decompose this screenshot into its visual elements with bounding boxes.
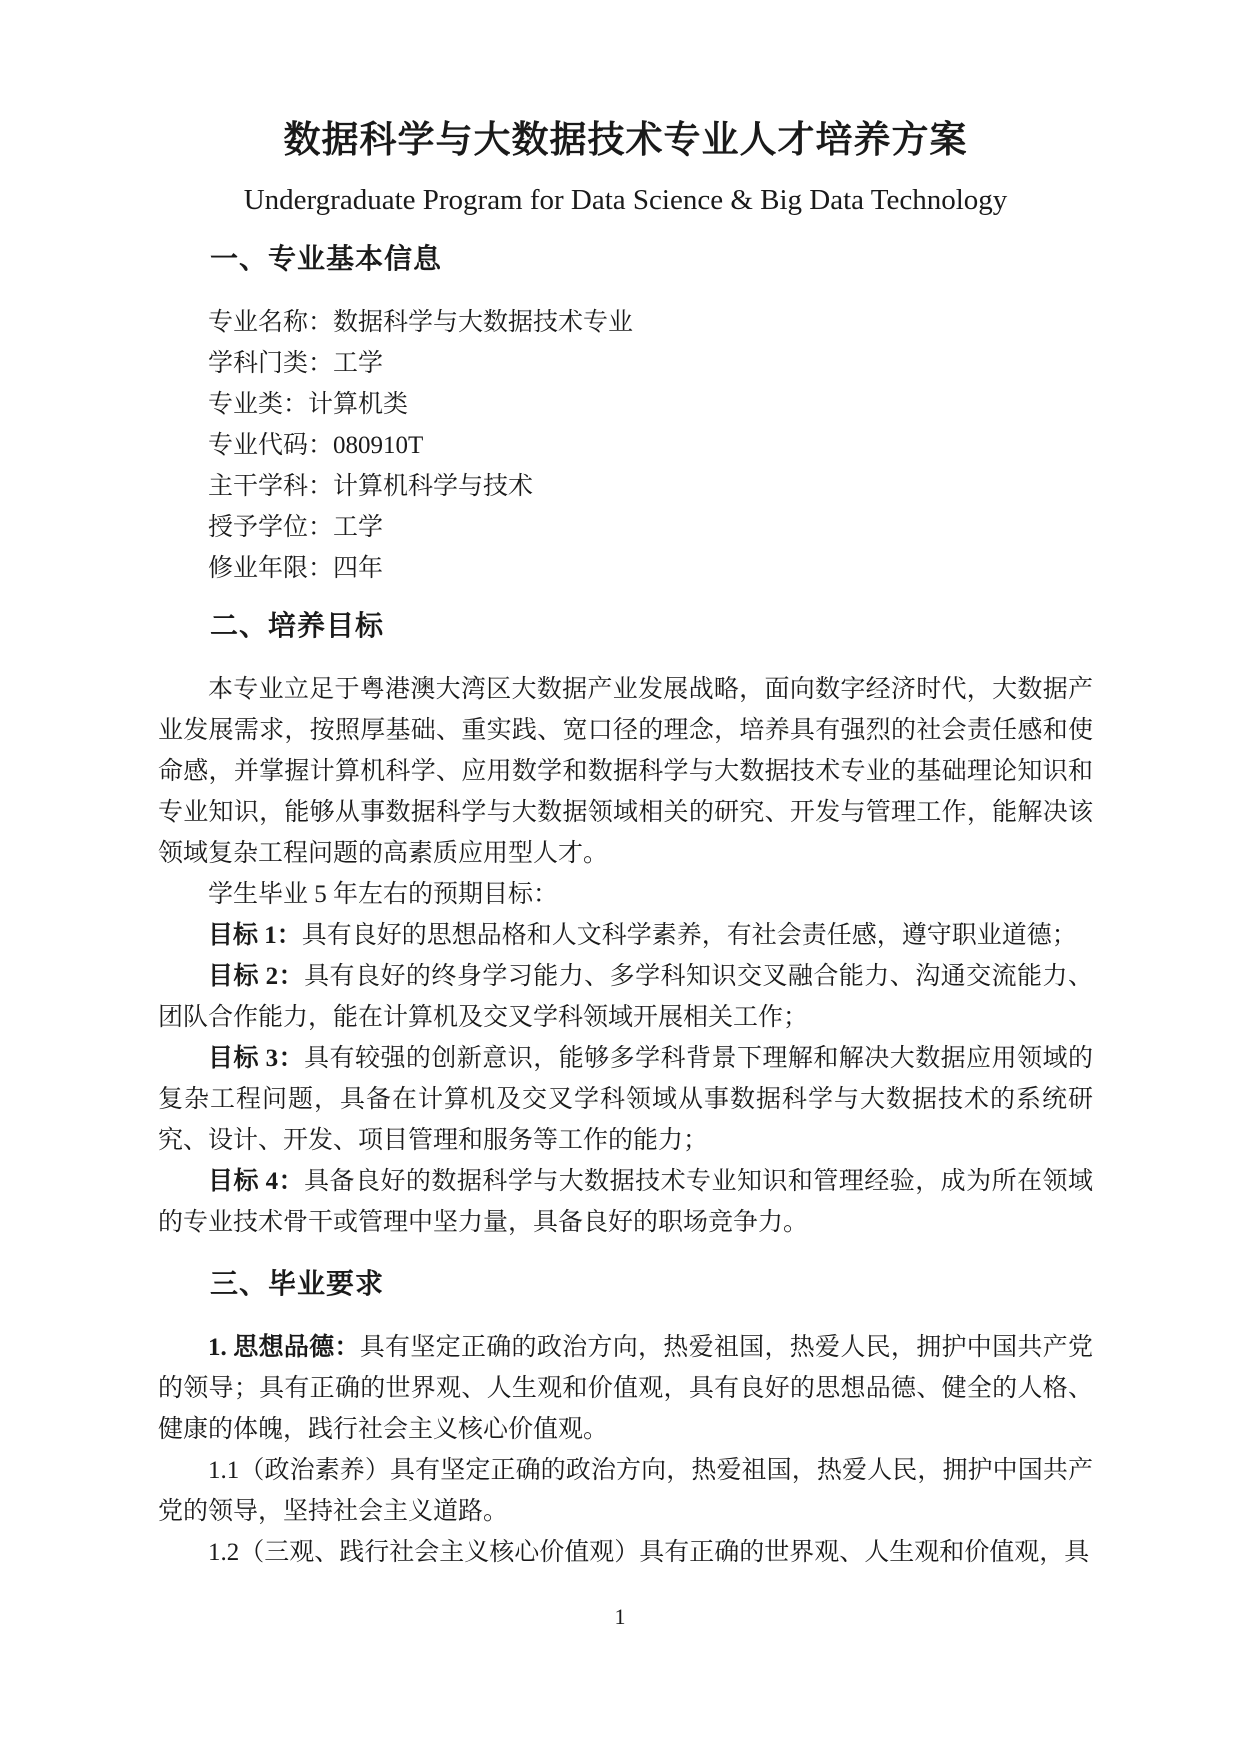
info-field-discipline-category: 学科门类：工学	[158, 343, 1093, 384]
info-field-label: 授予学位：	[208, 514, 333, 541]
info-field-value: 计算机科学与技术	[333, 473, 533, 500]
goal-label: 目标 3：	[208, 1045, 304, 1072]
info-field-label: 学科门类：	[208, 350, 333, 377]
info-field-value: 计算机类	[308, 391, 408, 418]
goal-item-4: 目标 4：具备良好的数据科学与大数据技术专业知识和管理经验，成为所在领域的专业技…	[158, 1161, 1093, 1243]
goal-label: 目标 2：	[208, 963, 304, 990]
document-subtitle: Undergraduate Program for Data Science &…	[158, 178, 1093, 222]
info-field-label: 专业代码：	[208, 432, 333, 459]
info-field-value: 工学	[333, 514, 383, 541]
objectives-intro-paragraph: 本专业立足于粤港澳大湾区大数据产业发展战略，面向数字经济时代，大数据产业发展需求…	[158, 669, 1093, 874]
goal-label: 目标 1：	[208, 922, 302, 949]
info-field-value: 工学	[333, 350, 383, 377]
section-heading-objectives: 二、培养目标	[158, 605, 1093, 646]
section-heading-basic-info: 一、专业基本信息	[158, 238, 1093, 279]
objectives-expectation-line: 学生毕业 5 年左右的预期目标：	[158, 874, 1093, 915]
requirement-item-1: 1. 思想品德：具有坚定正确的政治方向，热爱祖国，热爱人民，拥护中国共产党的领导…	[158, 1327, 1093, 1450]
info-field-value: 080910T	[333, 432, 423, 459]
info-field-value: 数据科学与大数据技术专业	[333, 309, 633, 336]
info-field-major-code: 专业代码：080910T	[158, 425, 1093, 466]
document-page: 数据科学与大数据技术专业人才培养方案 Undergraduate Program…	[0, 0, 1240, 1753]
requirement-item-1-2: 1.2（三观、践行社会主义核心价值观）具有正确的世界观、人生观和价值观，具	[158, 1532, 1093, 1573]
info-field-label: 修业年限：	[208, 555, 333, 582]
goal-text: 具有良好的思想品格和人文科学素养，有社会责任感，遵守职业道德；	[302, 922, 1077, 949]
info-field-core-discipline: 主干学科：计算机科学与技术	[158, 466, 1093, 507]
requirement-label: 1. 思想品德：	[208, 1334, 360, 1361]
goal-item-3: 目标 3：具有较强的创新意识，能够多学科背景下理解和解决大数据应用领域的复杂工程…	[158, 1038, 1093, 1161]
page-number: 1	[0, 1600, 1240, 1634]
goal-item-2: 目标 2：具有良好的终身学习能力、多学科知识交叉融合能力、沟通交流能力、团队合作…	[158, 956, 1093, 1038]
document-title: 数据科学与大数据技术专业人才培养方案	[158, 116, 1093, 164]
info-field-major-name: 专业名称：数据科学与大数据技术专业	[158, 302, 1093, 343]
info-field-value: 四年	[333, 555, 383, 582]
goal-item-1: 目标 1：具有良好的思想品格和人文科学素养，有社会责任感，遵守职业道德；	[158, 915, 1093, 956]
info-field-label: 主干学科：	[208, 473, 333, 500]
info-field-degree-awarded: 授予学位：工学	[158, 507, 1093, 548]
info-field-study-duration: 修业年限：四年	[158, 548, 1093, 589]
goal-label: 目标 4：	[208, 1168, 304, 1195]
requirement-item-1-1: 1.1（政治素养）具有坚定正确的政治方向，热爱祖国，热爱人民，拥护中国共产党的领…	[158, 1450, 1093, 1532]
info-field-major-class: 专业类：计算机类	[158, 384, 1093, 425]
info-field-label: 专业类：	[208, 391, 308, 418]
section-heading-graduation: 三、毕业要求	[158, 1263, 1093, 1304]
info-field-label: 专业名称：	[208, 309, 333, 336]
